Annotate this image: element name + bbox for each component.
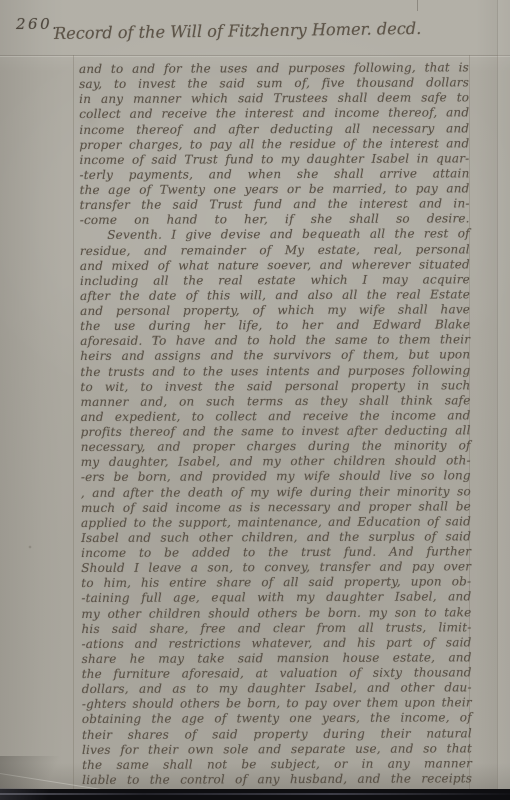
manuscript-line: the same shall not be subject, or in any… [82,756,472,773]
manuscript-line: collect and receive the interest and inc… [79,106,469,123]
margin-rule-left [73,55,74,789]
page-edge-strip [497,0,510,789]
manuscript-line: after the date of this will, and also al… [80,287,470,304]
ledger-page: 260. Record of the Will of Fitzhenry Hom… [0,0,510,789]
manuscript-line: obtaining the age of twenty one years, t… [82,711,472,728]
manuscript-line: proper charges, to pay all the residue o… [79,136,469,153]
manuscript-line: -terly payments, and when she shall arri… [79,166,469,183]
will-text-body: and to and for the uses and purposes fol… [79,60,472,788]
manuscript-line: heirs and assigns and the survivors of t… [80,348,470,365]
manuscript-line: Isabel and such other children, and the … [81,529,471,546]
manuscript-line: much of said income as is necessary and … [81,499,471,516]
manuscript-line: the trusts and to the uses intents and p… [80,363,470,380]
manuscript-line: -taining full age, equal with my daughte… [81,590,471,607]
manuscript-line: residue, and remainder of My estate, rea… [80,242,470,259]
corner-shadow [0,756,95,789]
manuscript-line: -ations and restrictions whatever, and h… [82,635,472,652]
manuscript-line: and expedient, to collect and receive th… [81,408,471,425]
manuscript-line: his said share, free and clear from all … [81,620,471,637]
manuscript-line: Seventh. I give devise and bequeath all … [80,227,470,244]
manuscript-line: and mixed of what nature soever, and whe… [80,257,470,274]
manuscript-line: liable to the control of any husband, an… [82,771,472,788]
manuscript-line: to wit, to invest the said personal prop… [80,378,470,395]
manuscript-line: share he may take said mansion house est… [82,650,472,667]
manuscript-line: applied to the support, maintenance, and… [81,514,471,531]
manuscript-line: my other children should others be born.… [81,605,471,622]
header-rule-line [0,55,510,56]
manuscript-line: lives for their own sole and separate us… [82,741,472,758]
manuscript-line: income of said Trust fund to my daughter… [79,151,469,168]
manuscript-line: -ers be born, and provided my wife shoul… [81,469,471,486]
manuscript-line: including all the real estate which I ma… [80,272,470,289]
manuscript-line: income thereof and after deducting all n… [79,121,469,138]
record-title: Record of the Will of Fitzhenry Homer. d… [54,20,348,43]
document-photo: 260. Record of the Will of Fitzhenry Hom… [0,0,510,800]
manuscript-line: , and after the death of my wife during … [81,484,471,501]
table-glint-line [0,793,510,795]
table-corner-highlight [0,788,70,800]
manuscript-line: manner and, on such terms as they shall … [80,393,470,410]
manuscript-line: their shares of said property during the… [82,726,472,743]
crease-mark-top [417,0,418,11]
